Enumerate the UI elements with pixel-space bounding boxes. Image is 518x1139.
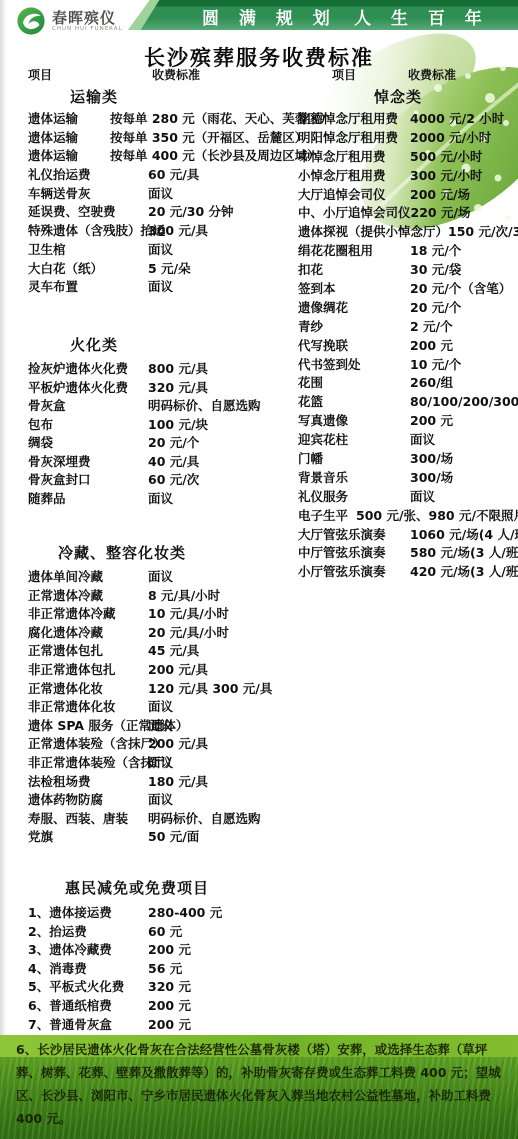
- item-label: 遗体 SPA 服务（正常遗体）: [28, 717, 148, 736]
- item-label: 腐化遗体冷藏: [28, 624, 148, 643]
- item-price: 按每单 350 元（开福区、岳麓区）: [110, 129, 307, 148]
- item-price: 80/100/200/300 元/个: [410, 393, 518, 412]
- price-row: 大白花（纸）5 元/朵: [10, 260, 310, 279]
- item-label: 中、小厅追悼会司仪: [298, 204, 411, 223]
- price-row: 非正常遗体包扎200 元/具: [10, 661, 310, 680]
- item-price: 200 元: [148, 1016, 191, 1035]
- item-label: 正常遗体化妆: [28, 680, 148, 699]
- item-label: 遗体药物防腐: [28, 791, 148, 810]
- item-label: 捡灰炉遗体火化费: [28, 360, 148, 379]
- item-price: 320 元/具: [148, 379, 208, 398]
- section-title: 运输类: [70, 86, 310, 107]
- section-memorial: 悼念类 铭德悼念厅租用费4000 元/2 小时明阳悼念厅租用费2000 元/小时…: [288, 86, 518, 582]
- item-label: 寿服、西装、唐装: [28, 810, 148, 829]
- section-title: 火化类: [70, 334, 310, 355]
- price-row: 2、抬运费60 元: [10, 923, 310, 942]
- item-price: 面议: [148, 490, 173, 509]
- item-price: 20 元/30 分钟: [148, 203, 234, 222]
- item-price: 120 元/具 300 元/具: [148, 680, 272, 699]
- price-row: 随葬品面议: [10, 490, 310, 509]
- item-label: 包布: [28, 416, 148, 435]
- price-row: 扣花30 元/袋: [288, 261, 518, 280]
- price-row: 正常遗体化妆120 元/具 300 元/具: [10, 680, 310, 699]
- item-price: 500 元/张、980 元/不限照片: [356, 507, 518, 526]
- item-price: 45 元/具: [148, 642, 199, 661]
- banner: 圆 满 规 划 人 生 百 年: [128, 0, 518, 30]
- item-label: 写真遗像: [298, 412, 410, 431]
- item-label: 大厅追悼会司仪: [298, 186, 410, 205]
- price-row: 礼仪服务面议: [288, 488, 518, 507]
- price-row: 签到本20 元/个（含笔）: [288, 280, 518, 299]
- item-label: 非正常遗体装殓（含抹尸）: [28, 754, 148, 773]
- item-price: 150 元/次/30 分钟: [448, 223, 518, 242]
- footer-note: 6、长沙居民遗体火化骨灰在合法经营性公墓骨灰楼（塔）安葬，或选择生态葬（草坪葬、…: [0, 1035, 518, 1139]
- item-price: 20 元/具/小时: [148, 624, 229, 643]
- banner-diagonal-stripe: [127, 0, 160, 30]
- price-list-page: 圆 满 规 划 人 生 百 年 春晖殡仪 CHUN HUI FUNERAL 长沙…: [0, 0, 518, 1139]
- item-price: 面议: [148, 791, 173, 810]
- item-price: 面议: [410, 431, 435, 450]
- item-label: 小悼念厅租用费: [298, 167, 410, 186]
- item-label: 灵车布置: [28, 278, 148, 297]
- section-transport: 运输类 遗体运输按每单 280 元（雨花、天心、芙蓉区）遗体运输按每单 350 …: [10, 86, 310, 297]
- price-row: 非正常遗体冷藏10 元/具/小时: [10, 605, 310, 624]
- price-row: 迎宾花柱面议: [288, 431, 518, 450]
- item-label: 2、抬运费: [28, 923, 148, 942]
- item-price: 420 元/场(3 人/班): [410, 563, 518, 582]
- price-row: 1、遗体接运费280-400 元: [10, 904, 310, 923]
- item-label: 背景音乐: [298, 469, 410, 488]
- price-row: 寿服、西装、唐装明码标价、自愿选购: [10, 810, 310, 829]
- item-label: 5、平板式火化费: [28, 978, 148, 997]
- item-price: 280-400 元: [148, 904, 222, 923]
- item-label: 法检租场费: [28, 773, 148, 792]
- price-row: 小厅管弦乐演奏420 元/场(3 人/班): [288, 563, 518, 582]
- price-row: 绸袋20 元/个: [10, 434, 310, 453]
- item-price: 60 元: [148, 923, 182, 942]
- section-cold-storage-makeup: 冷藏、整容化妆类 遗体单间冷藏面议正常遗体冷藏8 元/具/小时非正常遗体冷藏10…: [10, 542, 310, 847]
- price-row: 背景音乐300/场: [288, 469, 518, 488]
- price-row: 骨灰深埋费40 元/具: [10, 453, 310, 472]
- item-price: 200 元: [148, 941, 191, 960]
- item-price: 10 元/具/小时: [148, 605, 229, 624]
- item-label: 大白花（纸）: [28, 260, 148, 279]
- item-label: 1、遗体接运费: [28, 904, 148, 923]
- price-row: 法检租场费180 元/具: [10, 773, 310, 792]
- section-cremation: 火化类 捡灰炉遗体火化费800 元/具平板炉遗体火化费320 元/具骨灰盒明码标…: [10, 334, 310, 508]
- swirl-leaf-logo-icon: [16, 6, 46, 36]
- brand-logo: 春晖殡仪 CHUN HUI FUNERAL: [16, 6, 123, 36]
- memorial-rows: 铭德悼念厅租用费4000 元/2 小时明阳悼念厅租用费2000 元/小时中悼念厅…: [288, 110, 518, 582]
- price-row: 特殊遗体（含残肢）抬运300 元/具: [10, 222, 310, 241]
- item-label: 迎宾花柱: [298, 431, 410, 450]
- price-row: 平板炉遗体火化费320 元/具: [10, 379, 310, 398]
- item-price: 180 元/具: [148, 773, 208, 792]
- item-label: 平板炉遗体火化费: [28, 379, 148, 398]
- item-label: 小厅管弦乐演奏: [298, 563, 410, 582]
- item-label: 礼仪服务: [298, 488, 410, 507]
- price-row: 捡灰炉遗体火化费800 元/具: [10, 360, 310, 379]
- price-row: 绢花花圈租用18 元/个: [288, 242, 518, 261]
- price-row: 遗体运输按每单 280 元（雨花、天心、芙蓉区）: [10, 110, 310, 129]
- item-price: 面议: [148, 717, 173, 736]
- item-label: 特殊遗体（含残肢）抬运: [28, 222, 148, 241]
- item-label: 遗体运输: [28, 110, 110, 129]
- item-price: 500 元/小时: [410, 148, 483, 167]
- cold-storage-rows: 遗体单间冷藏面议正常遗体冷藏8 元/具/小时非正常遗体冷藏10 元/具/小时腐化…: [10, 568, 310, 847]
- price-row: 大厅追悼会司仪200 元/场: [288, 186, 518, 205]
- item-label: 礼仪抬运费: [28, 166, 148, 185]
- price-row: 遗体运输按每单 400 元（长沙县及周边区域）: [10, 147, 310, 166]
- price-row: 中厅管弦乐演奏580 元/场(3 人/班): [288, 544, 518, 563]
- item-label: 遗像绸花: [298, 299, 410, 318]
- price-row: 骨灰盒明码标价、自愿选购: [10, 397, 310, 416]
- item-price: 50 元/面: [148, 828, 199, 847]
- item-price: 200 元: [410, 337, 453, 356]
- item-price: 18 元/个: [410, 242, 461, 261]
- section-title: 冷藏、整容化妆类: [58, 542, 310, 563]
- item-label: 青纱: [298, 318, 410, 337]
- price-row: 5、平板式火化费320 元: [10, 978, 310, 997]
- item-price: 面议: [410, 488, 435, 507]
- item-price: 200 元/具: [148, 735, 208, 754]
- item-price: 2000 元/小时: [410, 129, 491, 148]
- price-row: 门幡300/场: [288, 450, 518, 469]
- price-row: 灵车布置面议: [10, 278, 310, 297]
- price-row: 卫生棺面议: [10, 241, 310, 260]
- item-price: 40 元/具: [148, 453, 199, 472]
- item-label: 铭德悼念厅租用费: [298, 110, 410, 129]
- item-price: 明码标价、自愿选购: [148, 810, 261, 829]
- item-label: 正常遗体包扎: [28, 642, 148, 661]
- item-label: 骨灰盒: [28, 397, 148, 416]
- item-price: 20 元/个: [148, 434, 199, 453]
- price-row: 3、遗体冷藏费200 元: [10, 941, 310, 960]
- section-title: 惠民减免或免费项目: [65, 877, 310, 898]
- price-row: 小悼念厅租用费300 元/小时: [288, 167, 518, 186]
- item-price: 面议: [148, 698, 173, 717]
- price-row: 车辆送骨灰面议: [10, 185, 310, 204]
- item-label: 明阳悼念厅租用费: [298, 129, 410, 148]
- item-label: 绸袋: [28, 434, 148, 453]
- item-label: 代写挽联: [298, 337, 410, 356]
- brand-subtitle: CHUN HUI FUNERAL: [52, 26, 123, 33]
- item-price: 5 元/朵: [148, 260, 191, 279]
- item-price: 明码标价、自愿选购: [148, 397, 261, 416]
- item-label: 7、普通骨灰盒: [28, 1016, 148, 1035]
- price-row: 电子生平500 元/张、980 元/不限照片: [288, 507, 518, 526]
- banner-slogan-left: 圆 满 规 划: [202, 4, 337, 29]
- banner-slogan-right: 人 生 百 年: [354, 4, 489, 29]
- price-row: 腐化遗体冷藏20 元/具/小时: [10, 624, 310, 643]
- item-price: 800 元/具: [148, 360, 208, 379]
- item-label: 卫生棺: [28, 241, 148, 260]
- item-price: 8 元/具/小时: [148, 587, 220, 606]
- price-row: 包布100 元/块: [10, 416, 310, 435]
- item-label: 非正常遗体包扎: [28, 661, 148, 680]
- item-price: 56 元: [148, 960, 182, 979]
- item-label: 骨灰深埋费: [28, 453, 148, 472]
- item-price: 100 元/块: [148, 416, 208, 435]
- item-label: 遗体探视（提供小悼念厅）: [298, 223, 448, 242]
- price-row: 明阳悼念厅租用费2000 元/小时: [288, 129, 518, 148]
- item-price: 面议: [148, 278, 173, 297]
- item-label: 中厅管弦乐演奏: [298, 544, 410, 563]
- item-label: 花围: [298, 374, 410, 393]
- item-label: 正常遗体装殓（含抹尸）: [28, 735, 148, 754]
- item-label: 延误费、空驶费: [28, 203, 148, 222]
- item-label: 签到本: [298, 280, 410, 299]
- price-row: 礼仪抬运费60 元/具: [10, 166, 310, 185]
- item-price: 320 元: [148, 978, 191, 997]
- footer-text: 6、长沙居民遗体火化骨灰在合法经营性公墓骨灰楼（塔）安葬，或选择生态葬（草坪葬、…: [0, 1035, 518, 1130]
- item-label: 6、普通纸棺费: [28, 997, 148, 1016]
- item-price: 20 元/个（含笔）: [410, 280, 511, 299]
- item-label: 正常遗体冷藏: [28, 587, 148, 606]
- item-label: 遗体运输: [28, 147, 110, 166]
- item-price: 面议: [148, 754, 173, 773]
- price-row: 遗体 SPA 服务（正常遗体）面议: [10, 717, 310, 736]
- item-price: 300/场: [410, 450, 453, 469]
- item-label: 遗体运输: [28, 129, 110, 148]
- price-row: 党旗50 元/面: [10, 828, 310, 847]
- price-row: 非正常遗体装殓（含抹尸）面议: [10, 754, 310, 773]
- price-row: 4、消毒费56 元: [10, 960, 310, 979]
- price-row: 花围260/组: [288, 374, 518, 393]
- brand-text: 春晖殡仪 CHUN HUI FUNERAL: [52, 10, 123, 33]
- item-label: 门幡: [298, 450, 410, 469]
- item-price: 200 元: [410, 412, 453, 431]
- price-row: 遗体运输按每单 350 元（开福区、岳麓区）: [10, 129, 310, 148]
- item-price: 60 元/次: [148, 471, 199, 490]
- item-label: 车辆送骨灰: [28, 185, 148, 204]
- item-price: 面议: [148, 241, 173, 260]
- item-price: 220 元/场: [411, 204, 471, 223]
- item-price: 200 元/场: [410, 186, 470, 205]
- item-label: 4、消毒费: [28, 960, 148, 979]
- column-header-item-left: 项目: [28, 66, 52, 83]
- item-label: 扣花: [298, 261, 410, 280]
- item-price: 20 元/个: [410, 299, 461, 318]
- item-label: 代书签到处: [298, 356, 410, 375]
- item-price: 30 元/袋: [410, 261, 461, 280]
- cremation-rows: 捡灰炉遗体火化费800 元/具平板炉遗体火化费320 元/具骨灰盒明码标价、自愿…: [10, 360, 310, 508]
- item-price: 60 元/具: [148, 166, 199, 185]
- item-price: 260/组: [410, 374, 453, 393]
- item-price: 10 元/个: [410, 356, 461, 375]
- item-price: 580 元/场(3 人/班): [410, 544, 518, 563]
- item-price: 面议: [148, 568, 173, 587]
- item-label: 3、遗体冷藏费: [28, 941, 148, 960]
- item-label: 非正常遗体化妆: [28, 698, 148, 717]
- column-header-price-right: 收费标准: [408, 66, 456, 83]
- price-row: 延误费、空驶费20 元/30 分钟: [10, 203, 310, 222]
- item-label: 花篮: [298, 393, 410, 412]
- price-row: 代书签到处10 元/个: [288, 356, 518, 375]
- item-label: 大厅管弦乐演奏: [298, 526, 410, 545]
- item-price: 1060 元/场(4 人/班): [410, 526, 518, 545]
- price-row: 6、普通纸棺费200 元: [10, 997, 310, 1016]
- price-row: 非正常遗体化妆面议: [10, 698, 310, 717]
- item-price: 面议: [148, 185, 173, 204]
- transport-rows: 遗体运输按每单 280 元（雨花、天心、芙蓉区）遗体运输按每单 350 元（开福…: [10, 110, 310, 297]
- section-welfare-free-items: 惠民减免或免费项目 1、遗体接运费280-400 元2、抬运费60 元3、遗体冷…: [10, 877, 310, 1034]
- price-row: 遗体探视（提供小悼念厅）150 元/次/30 分钟: [288, 223, 518, 242]
- brand-name: 春晖殡仪: [52, 10, 123, 26]
- price-row: 遗体单间冷藏面议: [10, 568, 310, 587]
- price-row: 铭德悼念厅租用费4000 元/2 小时: [288, 110, 518, 129]
- item-label: 随葬品: [28, 490, 148, 509]
- item-price: 300/场: [410, 469, 453, 488]
- item-label: 非正常遗体冷藏: [28, 605, 148, 624]
- item-label: 骨灰盒封口: [28, 471, 148, 490]
- item-price: 4000 元/2 小时: [410, 110, 504, 129]
- item-price: 200 元/具: [148, 661, 208, 680]
- price-row: 花篮80/100/200/300 元/个: [288, 393, 518, 412]
- price-row: 遗体药物防腐面议: [10, 791, 310, 810]
- price-row: 中、小厅追悼会司仪220 元/场: [288, 204, 518, 223]
- column-header-price-left: 收费标准: [152, 66, 200, 83]
- price-row: 正常遗体装殓（含抹尸）200 元/具: [10, 735, 310, 754]
- price-row: 写真遗像200 元: [288, 412, 518, 431]
- item-label: 绢花花圈租用: [298, 242, 410, 261]
- item-price: 200 元: [148, 997, 191, 1016]
- price-row: 正常遗体冷藏8 元/具/小时: [10, 587, 310, 606]
- price-row: 代写挽联200 元: [288, 337, 518, 356]
- price-row: 大厅管弦乐演奏1060 元/场(4 人/班): [288, 526, 518, 545]
- price-row: 7、普通骨灰盒200 元: [10, 1016, 310, 1035]
- item-label: 中悼念厅租用费: [298, 148, 410, 167]
- welfare-rows: 1、遗体接运费280-400 元2、抬运费60 元3、遗体冷藏费200 元4、消…: [10, 904, 310, 1034]
- column-header-item-right: 项目: [332, 66, 356, 83]
- item-price: 2 元/个: [410, 318, 453, 337]
- price-row: 正常遗体包扎45 元/具: [10, 642, 310, 661]
- page-left-edge: [0, 0, 7, 1139]
- item-price: 300 元/具: [148, 222, 208, 241]
- price-row: 遗像绸花20 元/个: [288, 299, 518, 318]
- item-label: 遗体单间冷藏: [28, 568, 148, 587]
- price-row: 骨灰盒封口60 元/次: [10, 471, 310, 490]
- item-label: 党旗: [28, 828, 148, 847]
- item-label: 电子生平: [298, 507, 348, 526]
- item-price: 300 元/小时: [410, 167, 483, 186]
- section-title: 悼念类: [374, 86, 518, 107]
- price-row: 青纱2 元/个: [288, 318, 518, 337]
- price-row: 中悼念厅租用费500 元/小时: [288, 148, 518, 167]
